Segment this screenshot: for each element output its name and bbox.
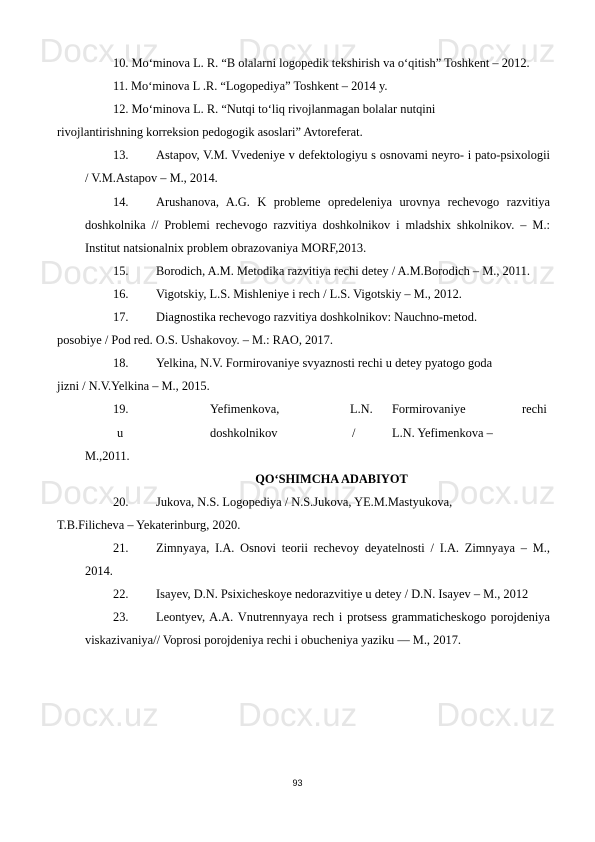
- reference-text: doshkolnikov: [210, 422, 277, 445]
- watermark: Docx.uz: [436, 696, 555, 734]
- page-number: 93: [0, 778, 595, 788]
- reference-text: Borodich, A.M. Metodika razvitiya rechi …: [156, 264, 530, 278]
- reference-text: Diagnostika rechevogo razvitiya doshkoln…: [156, 310, 477, 324]
- reference-number: 11.: [113, 75, 128, 98]
- reference-text: L.N.: [350, 398, 373, 421]
- reference-number: 12.: [113, 98, 129, 121]
- reference-text: /: [352, 422, 355, 445]
- document-page: 10.Mo‘minova L. R. “B olalarni logopedik…: [85, 52, 550, 652]
- reference-number: 19.: [113, 398, 129, 421]
- reference-text: u: [117, 422, 123, 445]
- reference-number: 15.: [113, 260, 156, 283]
- reference-entry: 23.Leontyev, A.A. Vnutrennyaya rech i pr…: [85, 606, 550, 652]
- reference-number: 17.: [113, 306, 156, 329]
- reference-entry: 10.Mo‘minova L. R. “B olalarni logopedik…: [85, 52, 550, 75]
- watermark: Docx.uz: [238, 696, 357, 734]
- reference-entry: 20.Jukova, N.S. Logopediya / N.S.Jukova,…: [85, 491, 550, 537]
- reference-text-continued: rivojlantirishning korreksion pedogogik …: [57, 125, 363, 139]
- reference-number: 21.: [113, 537, 156, 560]
- reference-text-continued: M.,2011.: [85, 445, 550, 468]
- reference-number: 23.: [113, 606, 156, 629]
- reference-text: Vigotskiy, L.S. Mishleniye i rech / L.S.…: [156, 287, 462, 301]
- watermark: Docx.uz: [40, 696, 159, 734]
- reference-entry: 21.Zimnyaya, I.A. Osnovi teorii rechevoy…: [85, 537, 550, 583]
- reference-text: Mo‘minova L. R. “Nutqi to‘liq rivojlanma…: [132, 102, 436, 116]
- reference-entry: 16.Vigotskiy, L.S. Mishleniye i rech / L…: [85, 283, 550, 306]
- reference-entry: 11.Mo‘minova L .R. “Logopediya” Toshkent…: [85, 75, 550, 98]
- reference-entry-19: 19. Yefimenkova, L.N. Formirovaniye rech…: [85, 398, 550, 444]
- reference-text: Yelkina, N.V. Formirovaniye svyaznosti r…: [156, 356, 492, 370]
- reference-text: Formirovaniye: [392, 398, 466, 421]
- reference-entry: 12.Mo‘minova L. R. “Nutqi to‘liq rivojla…: [85, 98, 550, 144]
- reference-number: 14.: [113, 191, 156, 214]
- reference-number: 20.: [113, 491, 156, 514]
- reference-text: L.N. Yefimenkova –: [392, 422, 493, 445]
- reference-number: 10.: [113, 52, 129, 75]
- reference-entry: 13.Astapov, V.M. Vvedeniye v defektologi…: [85, 144, 550, 190]
- reference-text: Yefimenkova,: [210, 398, 279, 421]
- reference-entry: 22.Isayev, D.N. Psixicheskoye nedorazvit…: [85, 583, 550, 606]
- reference-text-continued: T.B.Filicheva – Yekaterinburg, 2020.: [57, 518, 240, 532]
- reference-entry: 18.Yelkina, N.V. Formirovaniye svyaznost…: [85, 352, 550, 398]
- reference-number: 22.: [113, 583, 156, 606]
- reference-number: 16.: [113, 283, 156, 306]
- reference-text: Jukova, N.S. Logopediya / N.S.Jukova, YE…: [156, 495, 452, 509]
- reference-text-continued: posobiye / Pod red. O.S. Ushakovoy. – M.…: [57, 333, 333, 347]
- reference-number: 18.: [113, 352, 156, 375]
- reference-entry: 17.Diagnostika rechevogo razvitiya doshk…: [85, 306, 550, 352]
- reference-entry: 14.Arushanova, A.G. K probleme opredelen…: [85, 191, 550, 260]
- reference-text: Mo‘minova L .R. “Logopediya” Toshkent – …: [131, 79, 387, 93]
- reference-entry: 15.Borodich, A.M. Metodika razvitiya rec…: [85, 260, 550, 283]
- reference-text: rechi: [522, 398, 547, 421]
- reference-text-continued: jizni / N.V.Yelkina – M., 2015.: [57, 379, 210, 393]
- reference-number: 13.: [113, 144, 156, 167]
- watermark-row: Docx.uz Docx.uz Docx.uz: [0, 700, 595, 730]
- section-heading: QO‘SHIMCHA ADABIYOT: [85, 468, 550, 491]
- reference-text: Isayev, D.N. Psixicheskoye nedorazvitiye…: [156, 587, 528, 601]
- reference-text: Mo‘minova L. R. “B olalarni logopedik te…: [132, 56, 530, 70]
